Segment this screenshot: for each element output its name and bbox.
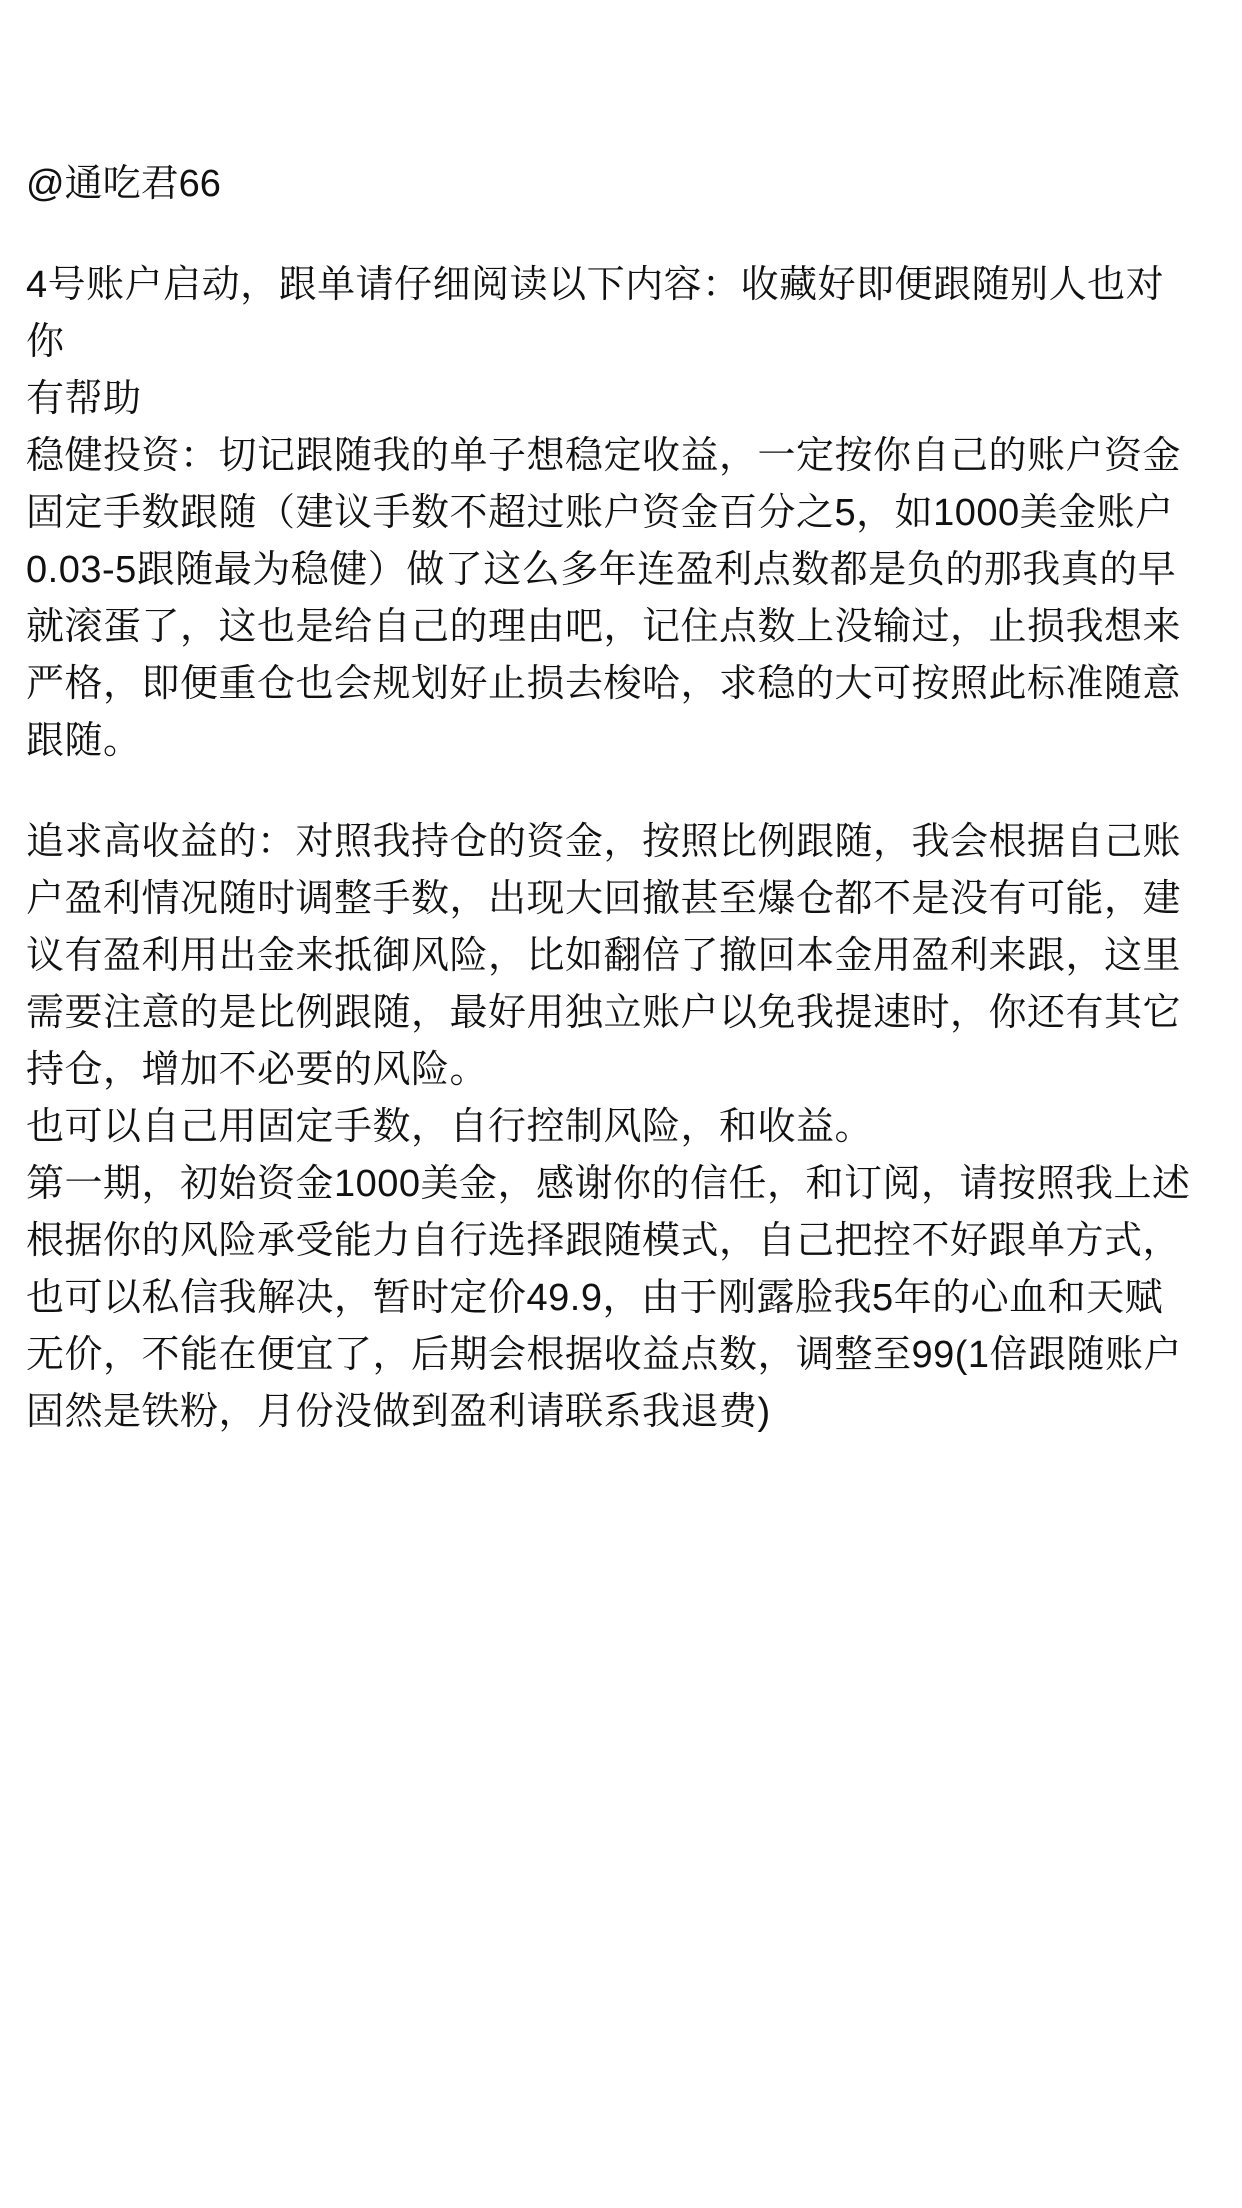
- paragraph-high-return: 追求高收益的：对照我持仓的资金，按照比例跟随，我会根据自己账 户盈利情况随时调整…: [26, 814, 1194, 1099]
- paragraph-first-period-pricing: 第一期，初始资金1000美金，感谢你的信任，和订阅，请按照我上述 根据你的风险承…: [26, 1156, 1194, 1441]
- paragraph-intro: 4号账户启动，跟单请仔细阅读以下内容：收藏好即便跟随别人也对你 有帮助: [26, 257, 1194, 428]
- note-page: @通吃君66 4号账户启动，跟单请仔细阅读以下内容：收藏好即便跟随别人也对你 有…: [0, 0, 1242, 2208]
- author-handle: @通吃君66: [26, 156, 1194, 213]
- paragraph-stable-investing: 稳健投资：切记跟随我的单子想稳定收益，一定按你自己的账户资金 固定手数跟随（建议…: [26, 428, 1194, 770]
- paragraph-fixed-lots-option: 也可以自己用固定手数，自行控制风险，和收益。: [26, 1099, 1194, 1156]
